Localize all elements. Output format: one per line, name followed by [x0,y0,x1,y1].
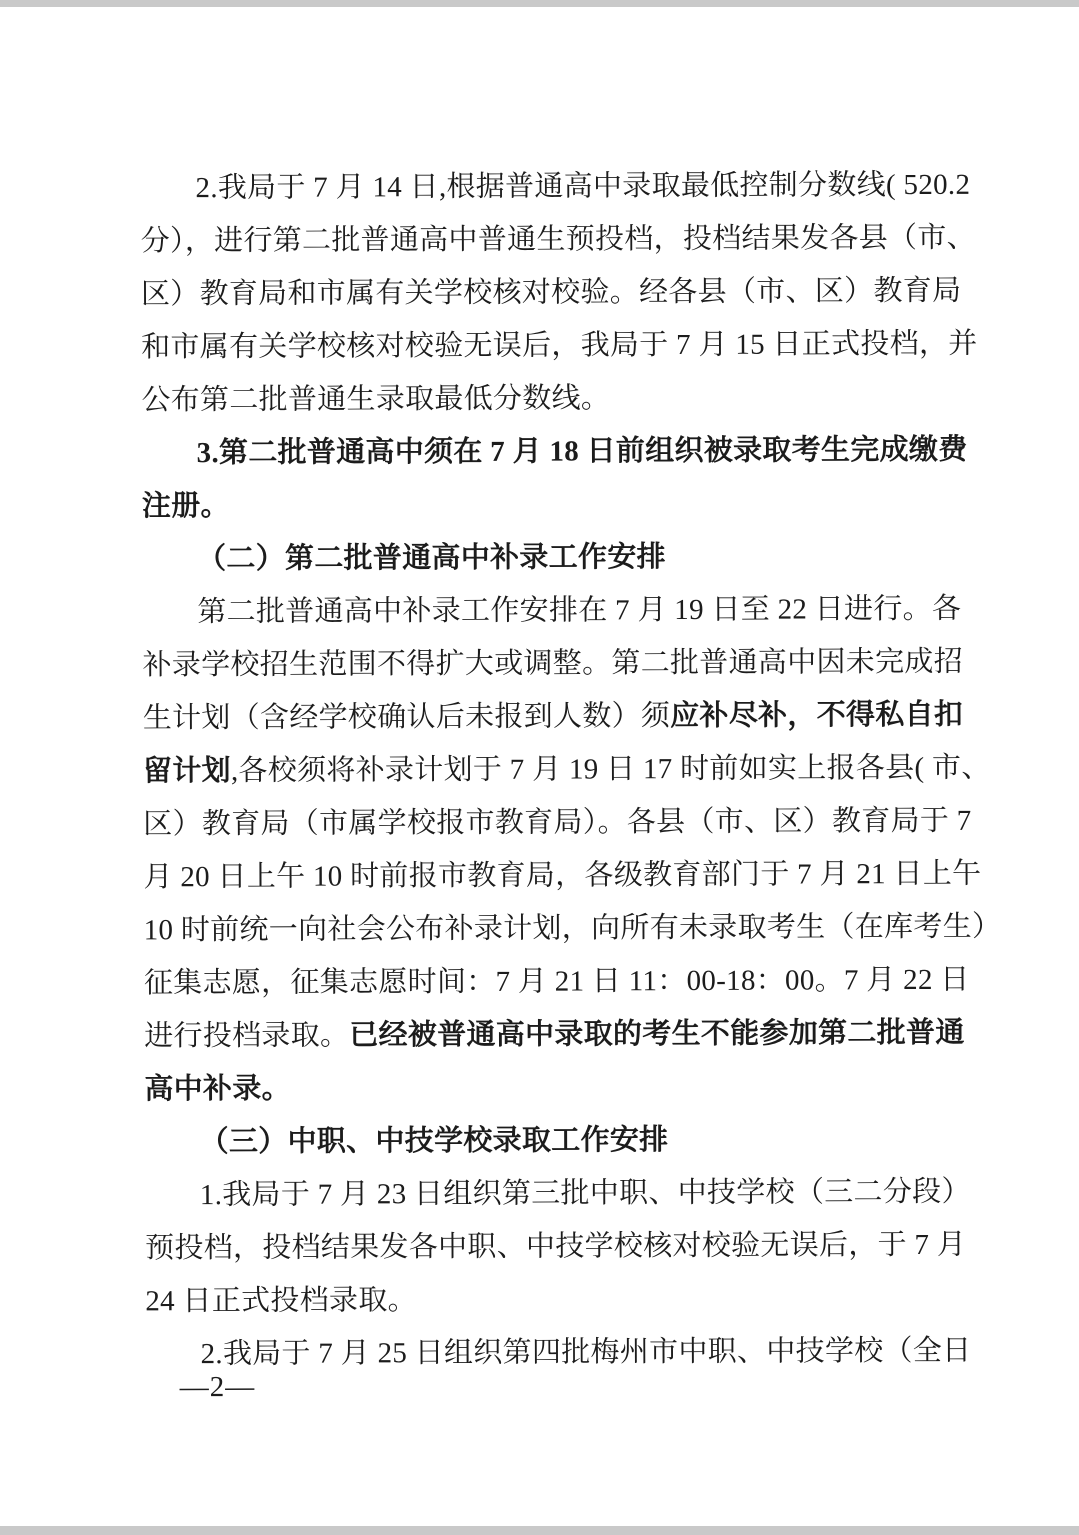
text-segment: 区）教育局和市属有关学校核对校验。经各县（市、区）教育局 [141,275,962,311]
text-segment: 1.我局于 7 月 23 日组织第三批中职、中技学校（三二分段） [200,1176,971,1211]
text-segment: 进行投档录取。 [144,1019,349,1052]
bold-text-segment: 3.第二批普通高中须在 7 月 18 日前组织被录取考生完成缴费 [197,434,968,469]
text-line: 注册。 [142,477,970,534]
bold-text-segment: （二）第二批普通高中补录工作安排 [197,541,666,575]
text-segment: 预投档，投档结果发各中职、中技学校核对校验无误后，于 7 月 [145,1229,966,1265]
text-segment: 公布第二批普通生录取最低分数线。 [141,382,610,416]
text-segment: ,各校须将补录计划于 7 月 19 日 17 时前如实上报各县( 市、 [231,752,991,787]
text-segment: 生计划（含经学校确认后未报到人数）须 [143,700,671,734]
bold-text-segment: 应补尽补，不得私自扣 [670,699,963,732]
text-segment: 24 日正式投档录取。 [145,1284,417,1317]
text-line: 生计划（含经学校确认后未报到人数）须应补尽补，不得私自扣 [143,689,971,746]
scan-edge-bottom [0,1526,1079,1535]
text-line: 区）教育局和市属有关学校核对校验。经各县（市、区）教育局 [141,265,969,322]
scanned-document-page: 2.我局于 7 月 14 日,根据普通高中录取最低控制分数线( 520.2分），… [0,0,1079,1535]
page-number: —2— [180,1367,256,1407]
text-line: （三）中职、中技学校录取工作安排 [145,1113,973,1170]
text-line: 10 时前统一向社会公布补录计划，向所有未录取考生（在库考生） [144,901,972,958]
text-line: 24 日正式投档录取。 [145,1272,973,1329]
text-line: 高中补录。 [144,1060,972,1117]
text-line: 区）教育局（市属学校报市教育局）。各县（市、区）教育局于 7 [143,795,971,852]
text-line: 征集志愿，征集志愿时间：7 月 21 日 11：00-18：00。7 月 22 … [144,954,972,1011]
text-segment: 月 20 日上午 10 时前报市教育局，各级教育部门于 7 月 21 日上午 [143,858,981,894]
text-line: 分），进行第二批普通高中普通生预投档，投档结果发各县（市、 [141,212,969,269]
text-line: 补录学校招生范围不得扩大或调整。第二批普通高中因未完成招 [142,636,970,693]
text-segment: 和市属有关学校核对校验无误后，我局于 7 月 15 日正式投档，并 [141,328,978,364]
text-line: 公布第二批普通生录取最低分数线。 [141,371,969,428]
text-segment: 补录学校招生范围不得扩大或调整。第二批普通高中因未完成招 [142,646,963,682]
bold-text-segment: 注册。 [142,490,230,522]
text-line: 第二批普通高中补录工作安排在 7 月 19 日至 22 日进行。各 [142,583,970,640]
bold-text-segment: （三）中职、中技学校录取工作安排 [200,1124,669,1158]
text-line: 2.我局于 7 月 14 日,根据普通高中录取最低控制分数线( 520.2 [140,159,968,216]
text-line: 预投档，投档结果发各中职、中技学校核对校验无误后，于 7 月 [145,1219,973,1276]
bold-text-segment: 已经被普通高中录取的考生不能参加第二批普通 [349,1017,964,1052]
bold-text-segment: 高中补录。 [144,1073,291,1106]
text-segment: 2.我局于 7 月 14 日,根据普通高中录取最低控制分数线( 520.2 [195,169,970,204]
text-line: 1.我局于 7 月 23 日组织第三批中职、中技学校（三二分段） [145,1166,973,1223]
text-line: 月 20 日上午 10 时前报市教育局，各级教育部门于 7 月 21 日上午 [143,848,971,905]
text-line: 进行投档录取。已经被普通高中录取的考生不能参加第二批普通 [144,1007,972,1064]
text-line: （二）第二批普通高中补录工作安排 [142,530,970,587]
text-line: 和市属有关学校核对校验无误后，我局于 7 月 15 日正式投档，并 [141,318,969,375]
text-line: 留计划,各校须将补录计划于 7 月 19 日 17 时前如实上报各县( 市、 [143,742,971,799]
text-line: 3.第二批普通高中须在 7 月 18 日前组织被录取考生完成缴费 [142,424,970,481]
text-segment: 第二批普通高中补录工作安排在 7 月 19 日至 22 日进行。各 [197,593,961,628]
text-segment: 2.我局于 7 月 25 日组织第四批梅州市中职、中技学校（全日 [200,1335,971,1370]
text-segment: 区）教育局（市属学校报市教育局）。各县（市、区）教育局于 7 [143,805,971,841]
document-body-text: 2.我局于 7 月 14 日,根据普通高中录取最低控制分数线( 520.2分），… [140,159,973,1382]
bold-text-segment: 留计划 [143,755,231,787]
text-segment: 分），进行第二批普通高中普通生预投档，投档结果发各县（市、 [141,222,976,258]
text-line: 2.我局于 7 月 25 日组织第四批梅州市中职、中技学校（全日 [145,1325,973,1382]
text-segment: 10 时前统一向社会公布补录计划，向所有未录取考生（在库考生） [144,911,1002,947]
document-content: 2.我局于 7 月 14 日,根据普通高中录取最低控制分数线( 520.2分），… [0,0,1079,1535]
text-segment: 征集志愿，征集志愿时间：7 月 21 日 11：00-18：00。7 月 22 … [144,964,970,1000]
